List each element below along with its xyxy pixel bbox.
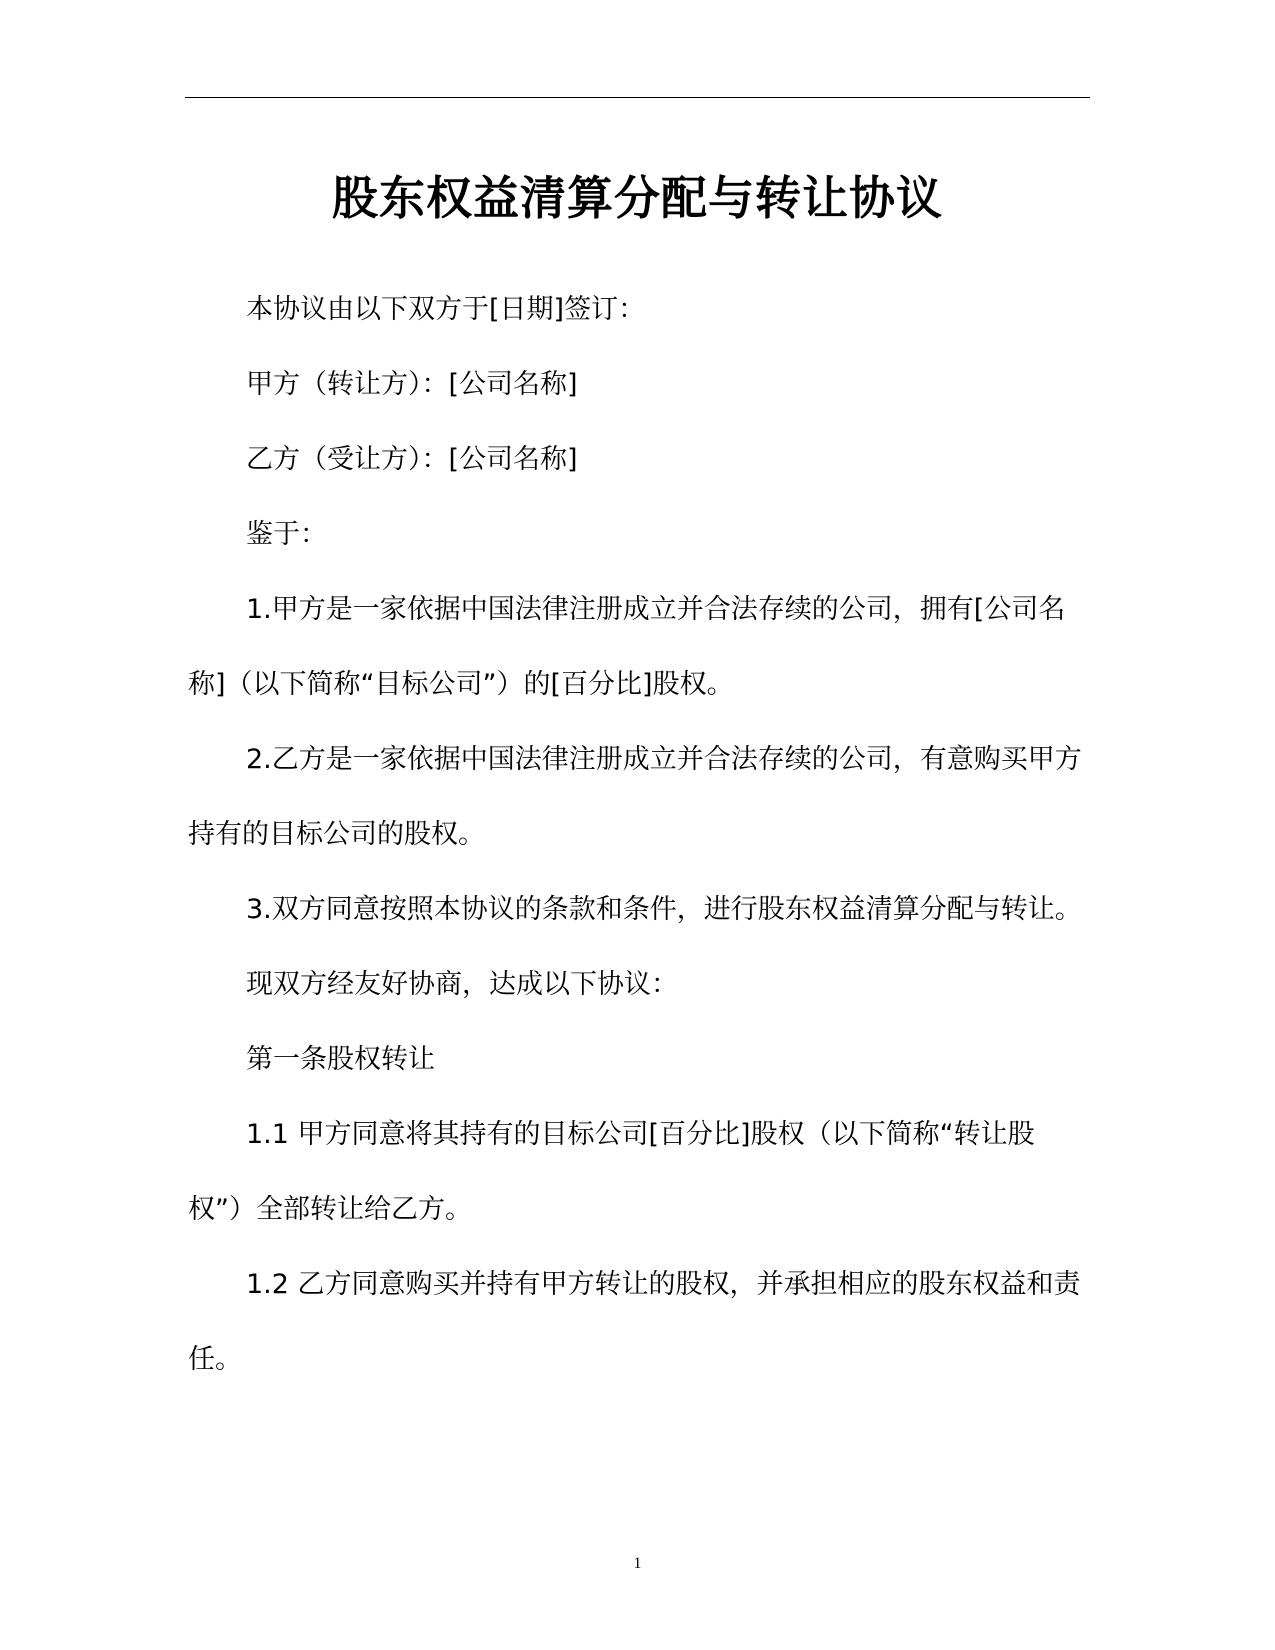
intro-paragraph: 本协议由以下双方于[日期]签订： <box>188 272 1088 347</box>
document-title: 股东权益清算分配与转让协议 <box>0 168 1275 228</box>
party-a-paragraph: 甲方（转让方）：[公司名称] <box>188 347 1088 422</box>
recital-3: 3.双方同意按照本协议的条款和条件，进行股东权益清算分配与转让。 <box>188 872 1088 947</box>
document-body: 本协议由以下双方于[日期]签订： 甲方（转让方）：[公司名称] 乙方（受让方）：… <box>188 272 1088 1397</box>
party-b-paragraph: 乙方（受让方）：[公司名称] <box>188 422 1088 497</box>
header-rule <box>185 97 1090 98</box>
page-number: 1 <box>0 1555 1275 1573</box>
clause-1-1: 1.1 甲方同意将其持有的目标公司[百分比]股权（以下简称“转让股权”）全部转让… <box>188 1097 1088 1247</box>
recital-1: 1.甲方是一家依据中国法律注册成立并合法存续的公司，拥有[公司名称]（以下简称“… <box>188 572 1088 722</box>
recital-2: 2.乙方是一家依据中国法律注册成立并合法存续的公司，有意购买甲方持有的目标公司的… <box>188 722 1088 872</box>
document-page: 股东权益清算分配与转让协议 本协议由以下双方于[日期]签订： 甲方（转让方）：[… <box>0 0 1275 1650</box>
clause-1-2: 1.2 乙方同意购买并持有甲方转让的股权，并承担相应的股东权益和责任。 <box>188 1247 1088 1397</box>
whereas-heading: 鉴于： <box>188 497 1088 572</box>
article-1-heading: 第一条股权转让 <box>188 1022 1088 1097</box>
agreement-intro: 现双方经友好协商，达成以下协议： <box>188 947 1088 1022</box>
